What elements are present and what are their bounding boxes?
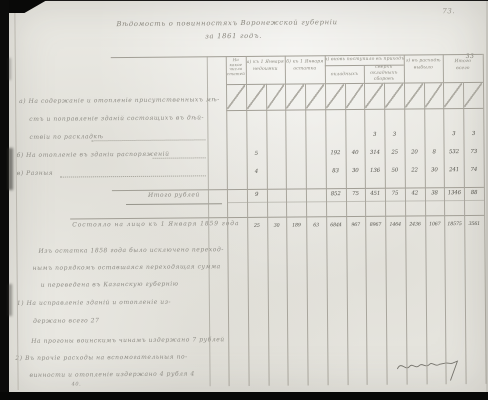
- table-cell: 8967: [366, 223, 386, 228]
- note-2-line2: держано всего 27: [33, 317, 100, 325]
- folio-number: 73.: [442, 7, 455, 15]
- table-cell: 75: [385, 191, 405, 197]
- table-cell: 3: [365, 132, 385, 138]
- diagonal-splitter-cell: [444, 83, 462, 107]
- dotted-leader: [153, 156, 206, 158]
- table-cell: 18575: [445, 222, 465, 227]
- table-cell: 136: [365, 168, 385, 174]
- diagonal-splitter-cell: [326, 84, 344, 108]
- group-header-5-line2: всего: [443, 66, 483, 72]
- table-cell: 4: [246, 169, 266, 175]
- note-1-line3: и переведена въ Казанскую губернію: [41, 281, 179, 289]
- table-cell: 63: [306, 223, 326, 228]
- scan-smudge: [8, 58, 11, 80]
- table-cell: 314: [365, 150, 385, 156]
- table-column-rule: [345, 83, 349, 385]
- note-3: На прогоны воинскимъ чинамъ издержано 7 …: [31, 336, 225, 345]
- group-header-3: в) вновь поступило въ приходъ: [325, 57, 404, 63]
- table-cell: 3: [464, 131, 484, 137]
- table-column-rule: [483, 54, 487, 384]
- table-column-rule: [305, 83, 309, 385]
- table-cell: 3: [444, 131, 464, 137]
- note-1-line2: нымъ порядкомъ оставшаяся переходящая су…: [33, 263, 221, 272]
- diagonal-splitter-cell: [425, 83, 443, 107]
- table-cell: 88: [464, 190, 484, 196]
- table-cell: 2436: [405, 222, 425, 227]
- scanned-ledger-page: Вѣдомость о повинностяхъ Воронежской губ…: [0, 0, 488, 400]
- note-4-line2: винности и отопленіе издержано 4 рубля 4: [29, 370, 194, 378]
- diagonal-splitter-cell: [405, 83, 423, 107]
- group-header-3a: окладныхъ: [325, 72, 364, 78]
- note-4-sub: 40.: [72, 381, 82, 387]
- group-header-3b-line3: сборовъ: [364, 77, 404, 83]
- table-cell: 3561: [464, 222, 484, 227]
- table-cell: 40: [345, 150, 365, 156]
- table-cell: 189: [287, 223, 307, 228]
- group-header-1-line2: недоимки: [246, 67, 285, 73]
- table-cell: 30: [345, 168, 365, 174]
- carried-row-label: Состояло на лицо къ 1 Января 1859 года: [72, 220, 239, 228]
- table-cell: 30: [424, 167, 444, 173]
- table-cell: 20: [404, 149, 424, 155]
- signature-scribble-icon: [394, 354, 466, 383]
- table-horizontal-rule: [70, 215, 484, 220]
- totals-row-label: Итого рублей: [128, 191, 220, 199]
- table-cell: 30: [267, 224, 287, 229]
- table-cell: 73: [464, 149, 484, 155]
- column-header-number: На какое число статей: [227, 58, 245, 77]
- group-header-2-line1: б) къ 1 Января: [285, 59, 325, 65]
- table-cell: 192: [325, 150, 345, 156]
- group-header-4-line2: выбыло: [404, 65, 443, 71]
- table-cell: 22: [405, 167, 425, 173]
- table-cell: 967: [346, 223, 366, 228]
- diagonal-splitter-cell: [247, 85, 265, 109]
- table-cell: 451: [365, 191, 385, 197]
- row-a-label-line1: а) На содержаніе и отопленіе присутствен…: [19, 96, 220, 105]
- scan-edge-bottom: [0, 392, 488, 400]
- table-cell: 50: [385, 168, 405, 174]
- table-cell: 25: [385, 150, 405, 156]
- diagonal-splitter-cell: [267, 85, 285, 109]
- table-cell: 1067: [425, 222, 445, 227]
- table-cell: 8: [424, 149, 444, 155]
- diagonal-splitter-cell: [385, 84, 403, 108]
- table-cell: 5: [246, 151, 266, 157]
- scan-smudge: [8, 148, 13, 190]
- diagonal-splitter-cell: [306, 84, 324, 108]
- table-column-rule: [424, 82, 428, 384]
- diagonal-splitter-cell: [365, 84, 383, 108]
- table-cell: 6844: [326, 223, 346, 228]
- group-header-5-line1: Итого: [443, 59, 483, 65]
- diagonal-splitter-cell: [346, 84, 364, 108]
- row-b-label: б) На отопленіе въ зданіи распоряженій: [17, 151, 170, 159]
- table-cell: 74: [464, 167, 484, 173]
- diagonal-splitter-cell: [286, 84, 304, 108]
- table-column-rule: [384, 83, 388, 385]
- note-2-line1: 1) На исправленіе зданій и отопленіе из-: [17, 299, 171, 307]
- table-column-rule: [266, 84, 270, 386]
- page-content: Вѣдомость о повинностяхъ Воронежской губ…: [0, 0, 488, 400]
- table-cell: 3: [385, 132, 405, 138]
- table-cell: 75: [346, 191, 366, 197]
- table-cell: 241: [444, 167, 464, 173]
- group-header-4-line1: г) въ расходѣ: [404, 58, 443, 64]
- note-1-line1: Изъ остатка 1858 года было исключено пер…: [38, 246, 224, 255]
- table-cell: 1464: [385, 223, 405, 228]
- page-subtitle: за 1861 годъ.: [202, 32, 266, 41]
- table-cell: 25: [247, 224, 267, 229]
- table-cell: 1346: [444, 190, 464, 196]
- table-cell: 852: [326, 191, 346, 197]
- note-4-line1: 2) Въ прочіе расходы на вспомогательныя …: [15, 353, 187, 362]
- dotted-leader: [60, 174, 206, 177]
- table-cell: 532: [444, 149, 464, 155]
- table-cell: 42: [405, 190, 425, 196]
- table-cell: 9: [247, 192, 267, 198]
- diagonal-splitter-cell: [227, 85, 245, 109]
- table-column-rule: [463, 82, 467, 384]
- left-margin-rule: [14, 6, 18, 390]
- group-header-2-line2: остатка: [285, 66, 325, 72]
- group-header-1-line1: а) къ 1 Января: [246, 60, 285, 66]
- dotted-leader: [91, 138, 205, 141]
- row-a-label-line2: стъ и поправленіе зданій состоящихъ въ д…: [29, 114, 204, 123]
- page-title: Вѣдомость о повинностяхъ Воронежской губ…: [116, 18, 334, 28]
- table-cell: 83: [326, 168, 346, 174]
- scan-smudge: [8, 284, 12, 316]
- group-header-3b-line2: окладныхъ: [364, 71, 404, 77]
- diagonal-splitter-cell: [464, 83, 482, 107]
- row-c-label: в) Разныя: [17, 170, 53, 177]
- table-cell: 38: [425, 190, 445, 196]
